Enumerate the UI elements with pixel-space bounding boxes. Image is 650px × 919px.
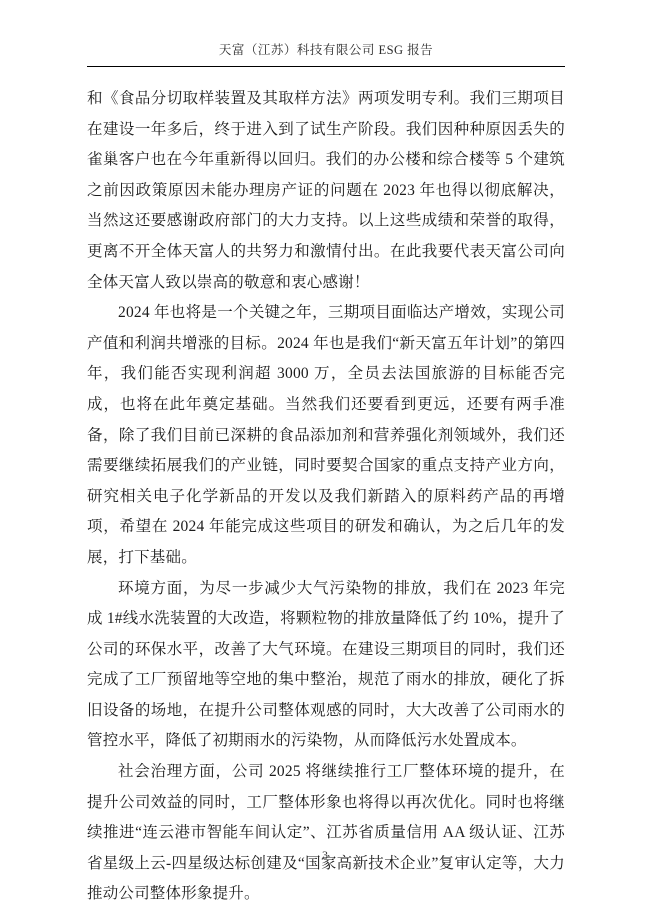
- header-rule: [87, 66, 565, 67]
- page-header: 天富（江苏）科技有限公司 ESG 报告: [87, 40, 565, 67]
- paragraph: 和《食品分切取样装置及其取样方法》两项发明专利。我们三期项目在建设一年多后，终于…: [87, 84, 565, 298]
- header-title: 天富（江苏）科技有限公司 ESG 报告: [87, 40, 565, 66]
- paragraph: 2024 年也将是一个关键之年，三期项目面临达产增效，实现公司产值和利润共增涨的…: [87, 298, 565, 573]
- page-footer: 3: [0, 846, 650, 864]
- paragraph: 环境方面，为尽一步减少大气污染物的排放，我们在 2023 年完成 1#线水洗装置…: [87, 574, 565, 758]
- document-body: 和《食品分切取样装置及其取样方法》两项发明专利。我们三期项目在建设一年多后，终于…: [87, 84, 565, 910]
- document-page: 天富（江苏）科技有限公司 ESG 报告 和《食品分切取样装置及其取样方法》两项发…: [0, 0, 650, 919]
- page-number: 3: [322, 848, 328, 862]
- paragraph: 社会治理方面，公司 2025 将继续推行工厂整体环境的提升，在提升公司效益的同时…: [87, 757, 565, 910]
